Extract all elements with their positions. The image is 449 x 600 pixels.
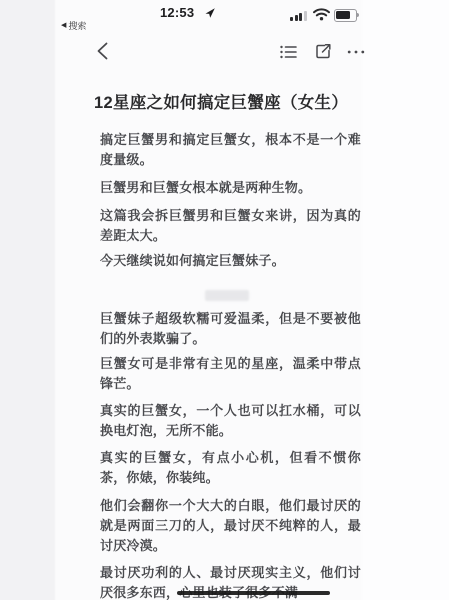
back-to-search-breadcrumb[interactable]: ◀ 搜索 [61,19,86,32]
watermark [205,290,249,301]
status-time: 12:53 [160,5,194,20]
outline-list-button[interactable] [280,45,297,62]
screenshot-page: 12:53 ◀ 搜索 [0,0,449,600]
more-icon[interactable] [347,49,364,57]
strikethrough-mark [177,591,330,595]
wifi-icon [313,8,330,21]
location-arrow-icon [204,7,216,19]
back-app-label: 搜索 [68,19,86,32]
article-paragraph: 真实的巨蟹女，一个人也可以扛水桶，可以换电灯泡，无所不能。 [100,401,361,441]
article-paragraph: 巨蟹妹子超级软糯可爱温柔，但是不要被他们的外表欺骗了。 [100,309,361,349]
article-paragraph: 他们会翻你一个大大的白眼，他们最讨厌的就是两面三刀的人，最讨厌不纯粹的人，最讨厌… [100,496,361,556]
article-paragraph: 巨蟹女可是非常有主见的星座，温柔中带点锋芒。 [100,354,361,394]
share-button[interactable] [315,43,332,60]
cellular-signal-icon [290,10,310,21]
back-triangle-icon: ◀ [61,21,66,30]
article-paragraph: 搞定巨蟹男和搞定巨蟹女，根本不是一个难度量级。 [100,130,361,170]
battery-icon [334,9,359,21]
article-paragraph: 这篇我会拆巨蟹男和巨蟹女来讲，因为真的差距太大。 [100,206,361,246]
page-title: 12星座之如何搞定巨蟹座（女生） [94,91,374,115]
back-button[interactable] [96,42,110,60]
article-paragraph: 巨蟹男和巨蟹女根本就是两种生物。 [100,178,361,198]
article-paragraph: 真实的巨蟹女，有点小心机，但看不惯你茶，你婊，你装纯。 [100,448,361,488]
article-paragraph: 今天继续说如何搞定巨蟹妹子。 [100,251,361,271]
